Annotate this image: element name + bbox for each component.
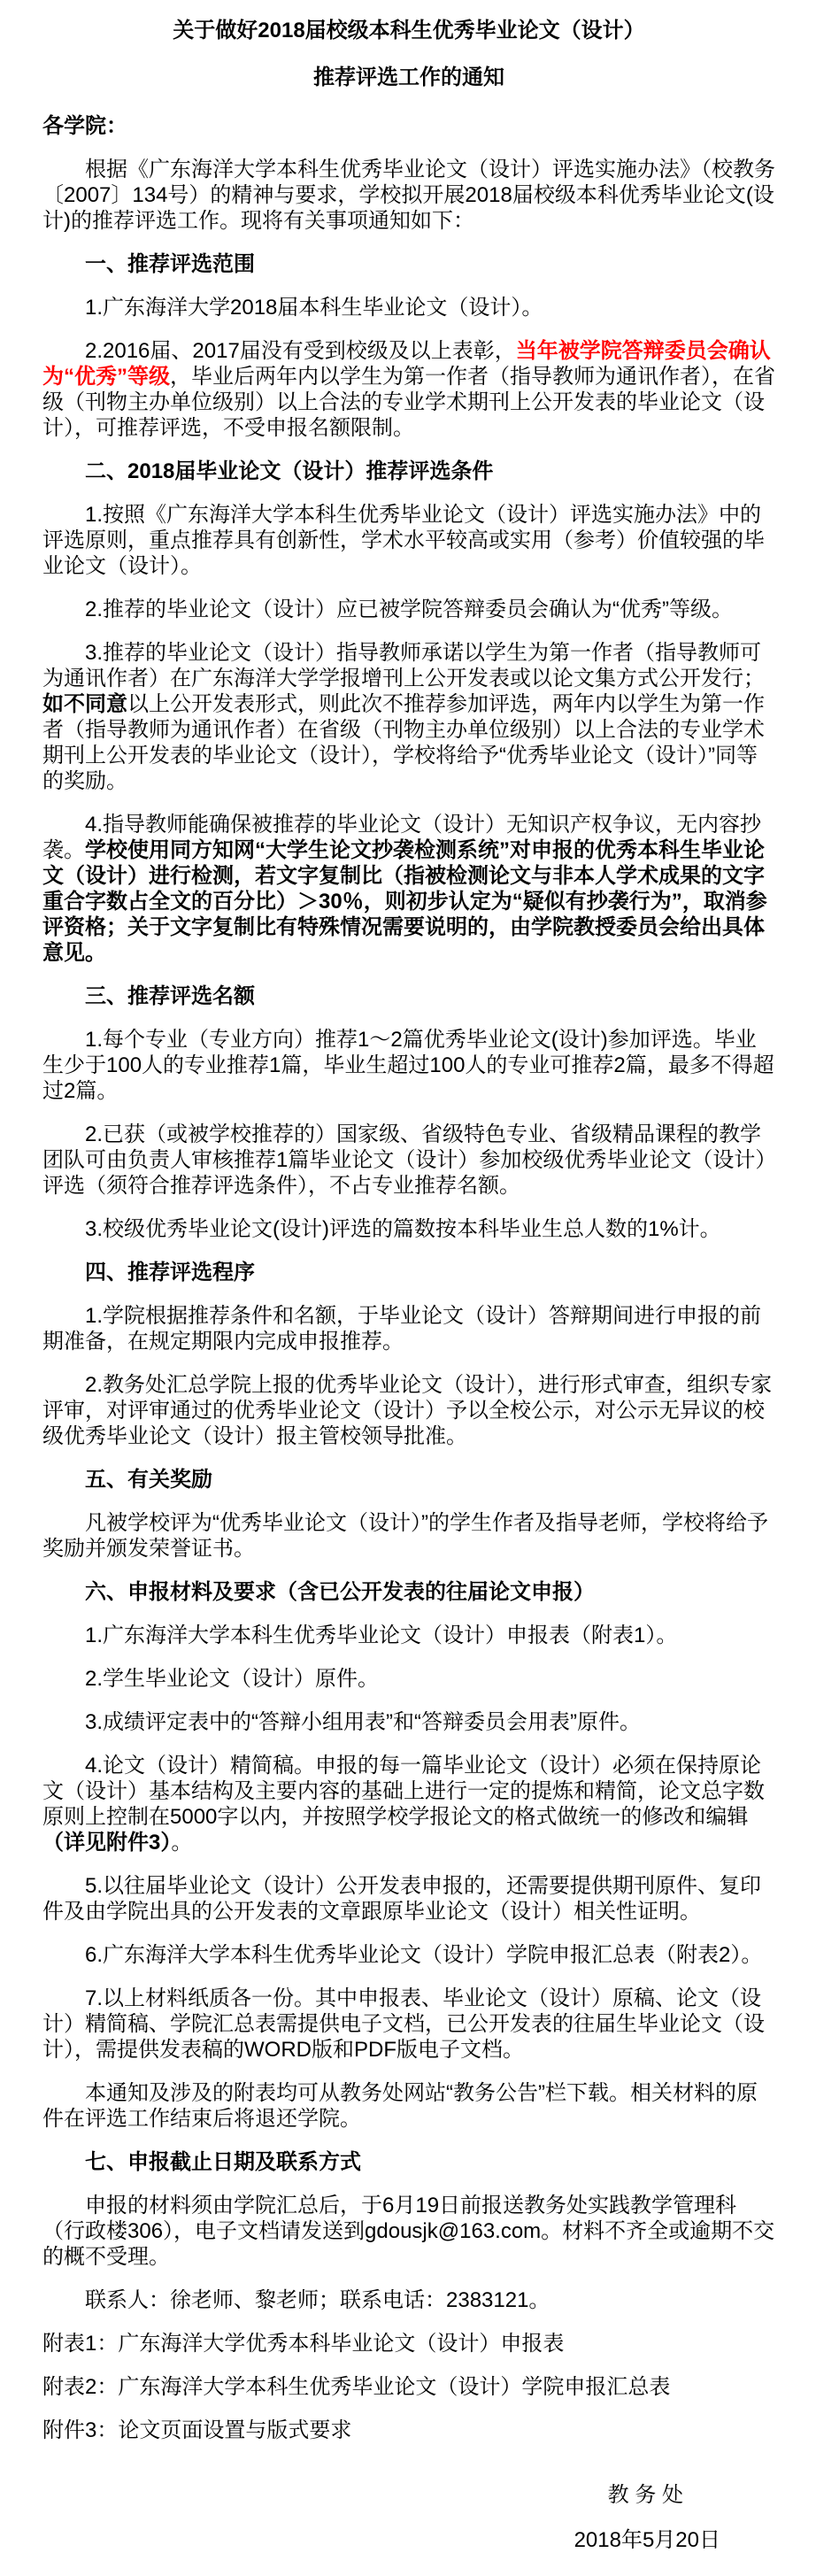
attachment-2: 附表2：广东海洋大学本科生优秀毕业论文（设计）学院申报汇总表 [42, 2374, 775, 2400]
attachment-3: 附件3：论文页面设置与版式要求 [42, 2418, 775, 2443]
section1-item2: 2.2016届、2017届没有受到校级及以上表彰，当年被学院答辩委员会确认为“优… [42, 338, 775, 441]
section1-item2-pre: 2.2016届、2017届没有受到校级及以上表彰， [85, 339, 516, 363]
section6-heading: 六、申报材料及要求（含已公开发表的往届论文申报） [42, 1579, 775, 1605]
section1-item1: 1.广东海洋大学2018届本科生毕业论文（设计）。 [42, 295, 775, 320]
section6-item4-pre: 4.论文（设计）精简稿。申报的每一篇毕业论文（设计）必须在保持原论文（设计）基本… [42, 1754, 765, 1829]
section7-body: 申报的材料须由学院汇总后，于6月19日前报送教务处实践教学管理科（行政楼306）… [42, 2193, 775, 2270]
section2-item3: 3.推荐的毕业论文（设计）指导教师承诺以学生为第一作者（指导教师可为通讯作者）在… [42, 640, 775, 794]
section6-item1: 1.广东海洋大学本科生优秀毕业论文（设计）申报表（附表1）。 [42, 1623, 775, 1648]
section1-heading: 一、推荐评选范围 [42, 251, 775, 277]
section3-heading: 三、推荐评选名额 [42, 983, 775, 1009]
section4-item2: 2.教务处汇总学院上报的优秀毕业论文（设计），进行形式审查，组织专家评审，对评审… [42, 1372, 775, 1449]
section3-item2: 2.已获（或被学校推荐的）国家级、省级特色专业、省级精品课程的教学团队可由负责人… [42, 1122, 775, 1199]
notice-title-line2: 推荐评选工作的通知 [42, 65, 775, 90]
section5-heading: 五、有关奖励 [42, 1467, 775, 1492]
section6-item4-bold: （详见附件3） [42, 1831, 171, 1855]
section5-body: 凡被学校评为“优秀毕业论文（设计）”的学生作者及指导老师，学校将给予奖励并颁发荣… [42, 1510, 775, 1562]
issue-date: 2018年5月20日 [42, 2527, 775, 2553]
section2-item4-bold: 学校使用同方知网“大学生论文抄袭检测系统”对申报的优秀本科生毕业论文（设计）进行… [42, 838, 767, 965]
section6-item2: 2.学生毕业论文（设计）原件。 [42, 1666, 775, 1692]
section6-item7: 7.以上材料纸质各一份。其中申报表、毕业论文（设计）原稿、论文（设计）精简稿、学… [42, 1986, 775, 2063]
section2-item4: 4.指导教师能确保被推荐的毕业论文（设计）无知识产权争议，无内容抄袭。学校使用同… [42, 812, 775, 966]
section2-item1: 1.按照《广东海洋大学本科生优秀毕业论文（设计）评选实施办法》中的评选原则，重点… [42, 502, 775, 579]
intro-paragraph: 根据《广东海洋大学本科生优秀毕业论文（设计）评选实施办法》（校教务〔2007〕1… [42, 157, 775, 234]
notice-title-line1: 关于做好2018届校级本科生优秀毕业论文（设计） [42, 18, 775, 43]
section2-item2: 2.推荐的毕业论文（设计）应已被学院答辩委员会确认为“优秀”等级。 [42, 597, 775, 622]
section2-item3-bold: 如不同意 [42, 692, 127, 716]
section6-item4-post: 。 [171, 1831, 192, 1855]
section6-item6: 6.广东海洋大学本科生优秀毕业论文（设计）学院申报汇总表（附表2）。 [42, 1942, 775, 1968]
section6-item3: 3.成绩评定表中的“答辩小组用表”和“答辩委员会用表”原件。 [42, 1709, 775, 1735]
issuing-department: 教 务 处 [42, 2482, 775, 2508]
section3-item1: 1.每个专业（专业方向）推荐1～2篇优秀毕业论文(设计)参加评选。毕业生少于10… [42, 1027, 775, 1104]
section4-item1: 1.学院根据推荐条件和名额，于毕业论文（设计）答辩期间进行申报的前期准备，在规定… [42, 1303, 775, 1354]
download-note: 本通知及涉及的附表均可从教务处网站“教务公告”栏下载。相关材料的原件在评选工作结… [42, 2080, 775, 2132]
section4-heading: 四、推荐评选程序 [42, 1260, 775, 1285]
section2-item3-pre: 3.推荐的毕业论文（设计）指导教师承诺以学生为第一作者（指导教师可为通讯作者）在… [42, 641, 765, 690]
section6-item4: 4.论文（设计）精简稿。申报的每一篇毕业论文（设计）必须在保持原论文（设计）基本… [42, 1753, 775, 1855]
contact-line: 联系人：徐老师、黎老师；联系电话：2383121。 [42, 2287, 775, 2313]
section7-heading: 七、申报截止日期及联系方式 [42, 2149, 775, 2175]
section2-heading: 二、2018届毕业论文（设计）推荐评选条件 [42, 459, 775, 484]
notice-document: 关于做好2018届校级本科生优秀毕业论文（设计） 推荐评选工作的通知 各学院： … [0, 0, 816, 2576]
section2-item3-post: 以上公开发表形式，则此次不推荐参加评选，两年内以学生为第一作者（指导教师为通讯作… [42, 692, 765, 793]
section3-item3: 3.校级优秀毕业论文(设计)评选的篇数按本科毕业生总人数的1%计。 [42, 1216, 775, 1242]
section6-item5: 5.以往届毕业论文（设计）公开发表申报的，还需要提供期刊原件、复印件及由学院出具… [42, 1873, 775, 1924]
attachment-1: 附表1：广东海洋大学优秀本科毕业论文（设计）申报表 [42, 2331, 775, 2356]
salutation: 各学院： [42, 113, 775, 139]
